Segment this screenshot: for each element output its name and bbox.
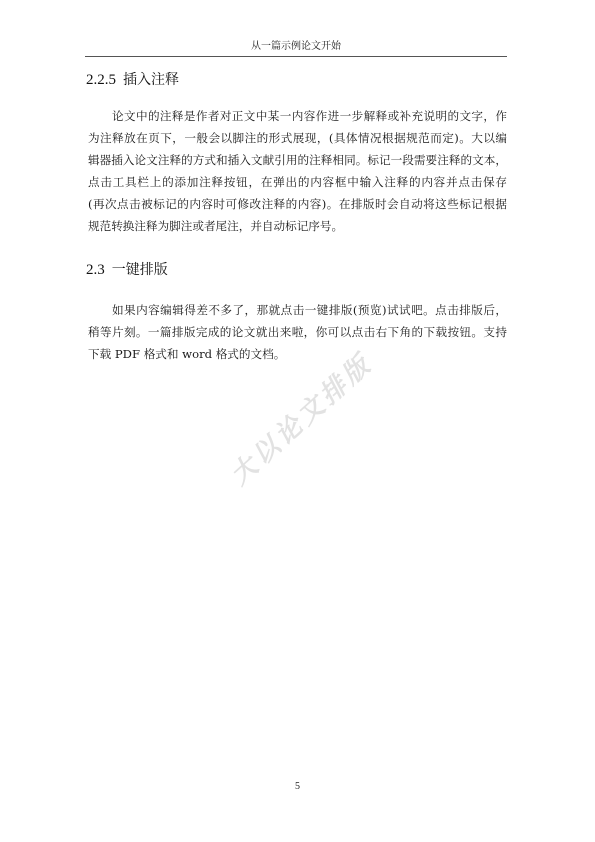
section-heading-2-2-5: 2.2.5插入注释 [86,71,179,89]
running-header: 从一篇示例论文开始 [85,41,507,53]
header-rule [85,56,507,57]
paragraph-line: 点击工具栏上的添加注释按钮，在弹出的内容框中输入注释的内容并点击保存 [88,175,507,189]
paragraph-line: 论文中的注释是作者对正文中某一内容作进一步解释或补充说明的文字，作 [88,109,507,123]
section-title: 插入注释 [123,72,179,88]
paragraph-line: 稍等片刻。一篇排版完成的论文就出来啦，你可以点击右下角的下载按钮。支持 [88,325,507,339]
section-heading-2-3: 2.3一键排版 [86,261,168,279]
paragraph-line: 规范转换注释为脚注或者尾注，并自动标记序号。 [88,219,507,233]
paragraph-line: 如果内容编辑得差不多了，那就点击一键排版(预览)试试吧。点击排版后， [88,303,507,317]
paragraph-line: (再次点击被标记的内容时可修改注释的内容)。在排版时会自动将这些标记根据 [88,197,507,211]
page-number: 5 [0,781,595,793]
document-page: 从一篇示例论文开始 2.2.5插入注释 论文中的注释是作者对正文中某一内容作进一… [0,0,595,842]
section-number: 2.2.5 [86,72,116,88]
paragraph-line: 下载 PDF 格式和 word 格式的文档。 [88,347,507,361]
section-number: 2.3 [86,262,105,278]
paragraph-line: 为注释放在页下，一般会以脚注的形式展现，(具体情况根据规范而定)。大以编 [88,131,507,145]
paragraph-line: 辑器插入论文注释的方式和插入文献引用的注释相同。标记一段需要注释的文本， [88,153,507,167]
section-title: 一键排版 [112,262,168,278]
watermark: 大以论文排版 [221,344,380,492]
